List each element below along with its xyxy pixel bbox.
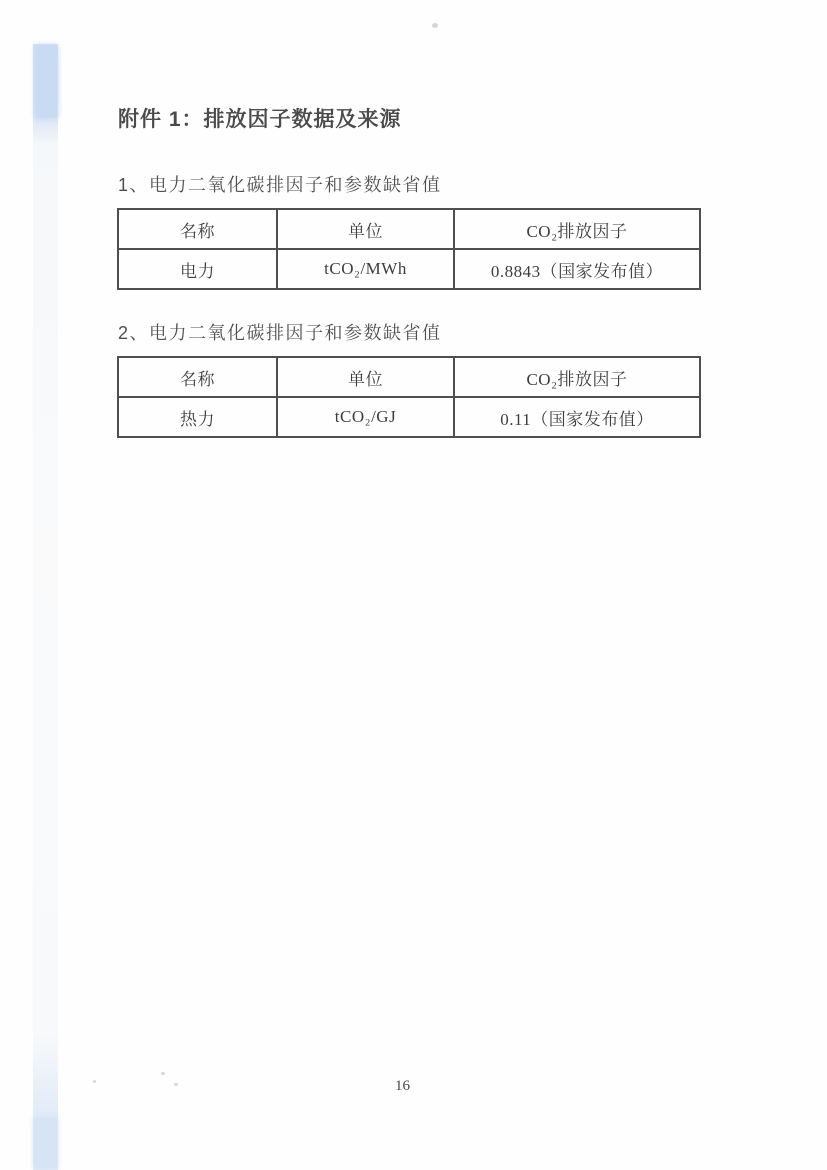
table-cell-unit: tCO₂/MWh [277,249,454,289]
table-header-cell-name: 名称 [118,357,277,397]
table-cell-name: 热力 [118,397,277,437]
emission-factor-table-heat: 名称 单位 CO₂排放因子 热力 tCO₂/GJ 0.11（国家发布值） [117,356,701,438]
table-header-cell-unit: 单位 [277,357,454,397]
document-title: 附件 1：排放因子数据及来源 [118,103,402,133]
table-header-cell-co2-factor: CO₂排放因子 [454,209,700,249]
table-row: 热力 tCO₂/GJ 0.11（国家发布值） [118,397,700,437]
table-cell-unit: tCO₂/GJ [277,397,454,437]
section-1-heading: 1、电力二氧化碳排因子和参数缺省值 [118,171,442,197]
section-2-heading: 2、电力二氧化碳排因子和参数缺省值 [118,319,442,345]
scan-edge-blue-patch-bottom [34,1118,57,1168]
table-header-row: 名称 单位 CO₂排放因子 [118,209,700,249]
scan-speck [174,1083,178,1086]
scan-speck [93,1080,96,1083]
page-number: 16 [395,1078,410,1095]
scan-edge-strip [33,44,58,1170]
emission-factor-table-electricity: 名称 单位 CO₂排放因子 电力 tCO₂/MWh 0.8843（国家发布值） [117,208,701,290]
scan-speck [432,23,438,28]
table-cell-co2-factor: 0.8843（国家发布值） [454,249,700,289]
scan-speck [161,1072,165,1075]
table-header-cell-co2-factor: CO₂排放因子 [454,357,700,397]
table-header-cell-unit: 单位 [277,209,454,249]
scan-edge-blue-patch-top [36,46,57,118]
scanned-document-page: 附件 1：排放因子数据及来源 1、电力二氧化碳排因子和参数缺省值 名称 单位 C… [0,0,827,1170]
table-header-cell-name: 名称 [118,209,277,249]
table-row: 电力 tCO₂/MWh 0.8843（国家发布值） [118,249,700,289]
table-cell-name: 电力 [118,249,277,289]
table-header-row: 名称 单位 CO₂排放因子 [118,357,700,397]
table-cell-co2-factor: 0.11（国家发布值） [454,397,700,437]
